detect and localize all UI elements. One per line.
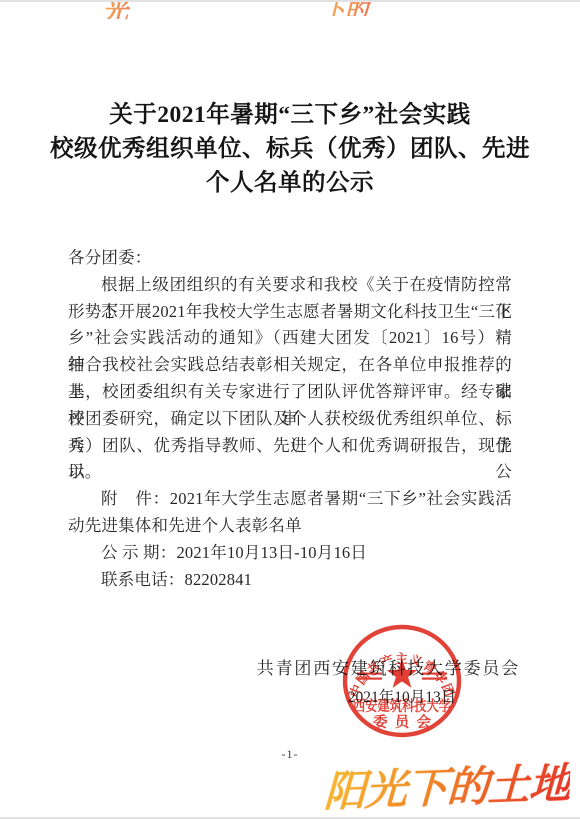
watermark-fragment-right-text: 下的 [322, 2, 376, 16]
seal-left-bar2 [357, 678, 382, 680]
watermark-text: 阳光下的土地 [323, 751, 571, 819]
paragraph-line: 根据上级团组织的有关要求和我校《关于在疫情防控常态化 [68, 272, 512, 299]
seal-right-bar2 [422, 678, 447, 680]
watermark-fragment-right: 下的 [322, 2, 376, 16]
official-seal: 中国共产主义青年团 西安建筑科技大学 委员会 [340, 622, 464, 740]
contact-line: 联系电话：82202841 [68, 567, 512, 594]
document-page: 光 下的 关于2021年暑期“三下乡”社会实践 校级优秀组织单位、标兵（优秀）团… [0, 0, 580, 819]
title-line-2: 校级优秀组织单位、标兵（优秀）团队、先进 [20, 132, 560, 166]
seal-right-bar [422, 673, 447, 675]
paragraph-line: 秀）团队、优秀指导教师、先进个人和优秀调研报告，现予以公 [68, 433, 512, 460]
watermark-fragment-left-text: 光 [102, 2, 134, 19]
title-line-3: 个人名单的公示 [20, 166, 560, 200]
title-line-1: 关于2021年暑期“三下乡”社会实践 [20, 98, 560, 132]
watermark-fragment-left: 光 [102, 2, 134, 19]
document-body: 各分团委： 根据上级团组织的有关要求和我校《关于在疫情防控常态化 形势下开展20… [68, 245, 512, 593]
paragraph-line: 乡”社会实践活动的通知》（西建大团发〔2021〕16号）精神， [68, 325, 512, 352]
salutation: 各分团委： [68, 245, 512, 272]
paragraph-line: 上，校团委组织有关专家进行了团队评优答辩评审。经专家评审、 [68, 379, 512, 406]
document-title: 关于2021年暑期“三下乡”社会实践 校级优秀组织单位、标兵（优秀）团队、先进 … [20, 98, 560, 200]
publicity-period-line: 公 示 期：2021年10月13日-10月16日 [68, 540, 512, 567]
attachment-line: 动先进集体和先进个人表彰名单 [68, 513, 512, 540]
paragraph-line: 结合我校社会实践总结表彰相关规定，在各单位申报推荐的基础 [68, 352, 512, 379]
attachment-line: 附 件：2021年大学生志愿者暑期“三下乡”社会实践活 [68, 486, 512, 513]
paragraph-line: 校团委研究，确定以下团队及个人获校级优秀组织单位、标兵（优 [68, 406, 512, 433]
seal-left-bar [357, 673, 382, 675]
paragraph-line: 形势下开展2021年我校大学生志愿者暑期文化科技卫生“三下 [68, 299, 512, 326]
seal-committee-text: 委员会 [373, 713, 432, 731]
seal-org-text: 西安建筑科技大学 [353, 697, 451, 715]
